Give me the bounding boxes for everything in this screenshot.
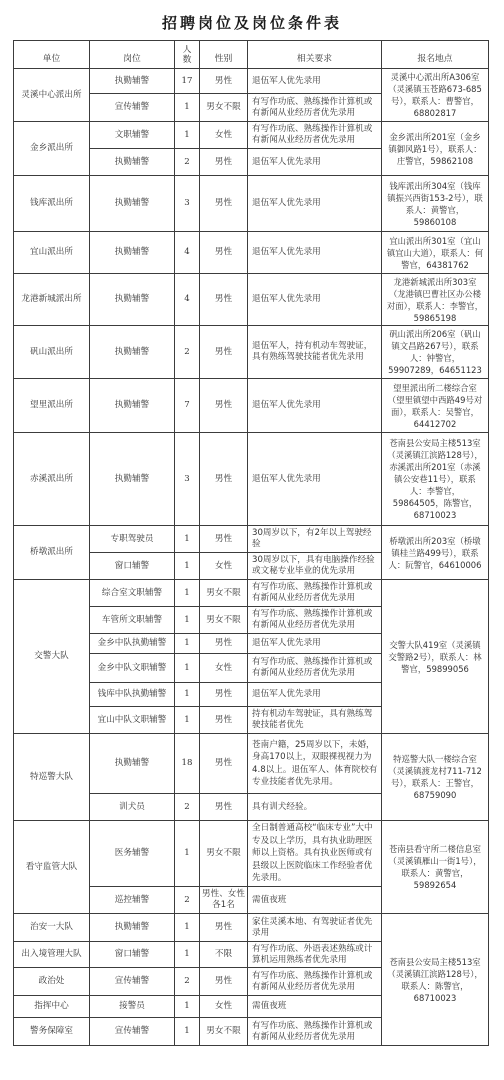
position-cell: 车管所文职辅警: [90, 607, 175, 634]
location-cell: 望里派出所二楼综合室（望里镇望中西路49号对面），联系人：吴警官，6441270…: [382, 379, 489, 433]
gender-cell: 女性: [200, 122, 248, 149]
position-cell: 训犬员: [90, 794, 175, 821]
location-cell: 钱库派出所304室（钱库镇振兴西街153-2号），联系人：黄警官，5986010…: [382, 176, 489, 232]
table-row: 交警大队 综合室文职辅警 1 男女不限 有写作功底、熟练操作计算机或有新闻从业经…: [14, 580, 489, 607]
gender-cell: 女性: [200, 996, 248, 1018]
requirements-cell: 需值夜班: [248, 887, 382, 914]
count-cell: 1: [175, 94, 200, 122]
requirements-cell: 具有训犬经验。: [248, 794, 382, 821]
gender-cell: 不限: [200, 942, 248, 968]
position-cell: 文职辅警: [90, 122, 175, 149]
count-cell: 1: [175, 526, 200, 553]
requirements-cell: 需值夜班: [248, 996, 382, 1018]
gender-cell: 男性: [200, 433, 248, 526]
gender-cell: 男性: [200, 379, 248, 433]
table-row: 桥墩派出所 专职驾驶员 1 男性 30周岁以下，有2年以上驾驶经验 桥墩派出所2…: [14, 526, 489, 553]
requirements-cell: 退伍军人优先录用: [248, 379, 382, 433]
requirements-cell: 30周岁以下，具有电脑操作经验或文秘专业毕业的优先录用: [248, 553, 382, 580]
unit-cell: 金乡派出所: [14, 122, 90, 176]
requirements-cell: 退伍军人优先录用: [248, 274, 382, 326]
location-cell: 灵溪中心派出所A306室（灵溪镇玉苍路673-685号），联系人：曹警官，688…: [382, 69, 489, 122]
count-cell: 1: [175, 122, 200, 149]
gender-cell: 男性: [200, 634, 248, 654]
requirements-cell: 有写作功底、外语表述熟练或计算机运用熟练者优先录用: [248, 942, 382, 968]
position-cell: 执勤辅警: [90, 176, 175, 232]
count-cell: 1: [175, 683, 200, 707]
location-cell: 苍南县公安局主楼513室（灵溪镇江滨路128号），联系人：陈警官，6871002…: [382, 914, 489, 1046]
table-row: 钱库派出所 执勤辅警 3 男性 退伍军人优先录用 钱库派出所304室（钱库镇振兴…: [14, 176, 489, 232]
table-row: 灵溪中心派出所 执勤辅警 17 男性 退伍军人优先录用 灵溪中心派出所A306室…: [14, 69, 489, 94]
unit-cell: 矾山派出所: [14, 326, 90, 379]
gender-cell: 男性: [200, 734, 248, 794]
table-header-row: 单位 岗位 人数 性别 相关要求 报名地点: [14, 41, 489, 69]
header-location: 报名地点: [382, 41, 489, 69]
gender-cell: 男性: [200, 232, 248, 274]
location-cell: 苍南县公安局主楼513室（灵溪镇江滨路128号），赤溪派出所201室（赤溪镇公安…: [382, 433, 489, 526]
requirements-cell: 全日制普通高校“临床专业”大中专及以上学历，具有执业助理医师以上资格。具有执业医…: [248, 821, 382, 887]
requirements-cell: 30周岁以下，有2年以上驾驶经验: [248, 526, 382, 553]
requirements-cell: 家住灵溪本地、有驾驶证者优先录用: [248, 914, 382, 942]
unit-cell: 特巡警大队: [14, 734, 90, 821]
count-cell: 1: [175, 996, 200, 1018]
location-cell: 龙港新城派出所303室（龙港镇巴曹社区办公楼对面），联系人：李警官，598651…: [382, 274, 489, 326]
requirements-cell: 退伍军人优先录用: [248, 149, 382, 176]
table-row: 治安一大队 执勤辅警 1 男性 家住灵溪本地、有驾驶证者优先录用 苍南县公安局主…: [14, 914, 489, 942]
gender-cell: 男性: [200, 274, 248, 326]
table-row: 特巡警大队 执勤辅警 18 男性 苍南户籍，25周岁以下，未婚，身高170以上，…: [14, 734, 489, 794]
position-cell: 执勤辅警: [90, 734, 175, 794]
recruitment-table: 单位 岗位 人数 性别 相关要求 报名地点 灵溪中心派出所 执勤辅警 17 男性…: [13, 40, 489, 1046]
requirements-cell: 持有机动车驾驶证，具有熟练驾驶技能者优先: [248, 707, 382, 734]
gender-cell: 男性: [200, 526, 248, 553]
unit-cell: 桥墩派出所: [14, 526, 90, 580]
count-cell: 1: [175, 654, 200, 683]
position-cell: 金乡中队执勤辅警: [90, 634, 175, 654]
position-cell: 窗口辅警: [90, 942, 175, 968]
requirements-cell: 退伍军人优先录用: [248, 69, 382, 94]
count-cell: 4: [175, 232, 200, 274]
unit-cell: 钱库派出所: [14, 176, 90, 232]
count-cell: 17: [175, 69, 200, 94]
gender-cell: 男性: [200, 683, 248, 707]
position-cell: 钱库中队执勤辅警: [90, 683, 175, 707]
location-cell: 特巡警大队一楼综合室（灵溪镇渡龙村711-712号），联系人：王警官，68759…: [382, 734, 489, 821]
unit-cell: 看守监管大队: [14, 821, 90, 914]
count-cell: 1: [175, 707, 200, 734]
count-cell: 1: [175, 821, 200, 887]
count-cell: 1: [175, 942, 200, 968]
gender-cell: 女性: [200, 654, 248, 683]
position-cell: 执勤辅警: [90, 149, 175, 176]
requirements-cell: 退伍军人，持有机动车驾驶证，具有熟练驾驶技能者优先录用: [248, 326, 382, 379]
count-cell: 1: [175, 580, 200, 607]
unit-cell: 龙港新城派出所: [14, 274, 90, 326]
header-position: 岗位: [90, 41, 175, 69]
position-cell: 宣传辅警: [90, 1018, 175, 1046]
unit-cell: 警务保障室: [14, 1018, 90, 1046]
requirements-cell: 退伍军人优先录用: [248, 683, 382, 707]
requirements-cell: 退伍军人优先录用: [248, 176, 382, 232]
unit-cell: 望里派出所: [14, 379, 90, 433]
unit-cell: 赤溪派出所: [14, 433, 90, 526]
position-cell: 执勤辅警: [90, 326, 175, 379]
gender-cell: 男女不限: [200, 94, 248, 122]
location-cell: 交警大队419室（灵溪镇交警路2号），联系人：林警官，59899056: [382, 580, 489, 734]
unit-cell: 政治处: [14, 968, 90, 996]
table-row: 矾山派出所 执勤辅警 2 男性 退伍军人，持有机动车驾驶证，具有熟练驾驶技能者优…: [14, 326, 489, 379]
table-row: 赤溪派出所 执勤辅警 3 男性 退伍军人优先录用 苍南县公安局主楼513室（灵溪…: [14, 433, 489, 526]
count-cell: 3: [175, 176, 200, 232]
count-cell: 1: [175, 553, 200, 580]
header-count: 人数: [175, 41, 200, 69]
unit-cell: 出入境管理大队: [14, 942, 90, 968]
header-unit: 单位: [14, 41, 90, 69]
header-gender: 性别: [200, 41, 248, 69]
position-cell: 执勤辅警: [90, 274, 175, 326]
location-cell: 桥墩派出所203室（桥墩镇桂兰路499号），联系人：阮警官，64610006: [382, 526, 489, 580]
gender-cell: 男性: [200, 968, 248, 996]
table-row: 金乡派出所 文职辅警 1 女性 有写作功底、熟练操作计算机或有新闻从业经历者优先…: [14, 122, 489, 149]
count-cell: 2: [175, 794, 200, 821]
unit-cell: 宜山派出所: [14, 232, 90, 274]
page-title: 招聘岗位及岗位条件表: [0, 12, 504, 33]
position-cell: 宜山中队文职辅警: [90, 707, 175, 734]
position-cell: 窗口辅警: [90, 553, 175, 580]
position-cell: 宣传辅警: [90, 94, 175, 122]
position-cell: 巡控辅警: [90, 887, 175, 914]
count-cell: 1: [175, 607, 200, 634]
requirements-cell: 有写作功底、熟练操作计算机或有新闻从业经历者优先录用: [248, 1018, 382, 1046]
unit-cell: 交警大队: [14, 580, 90, 734]
count-cell: 1: [175, 634, 200, 654]
location-cell: 矾山派出所206室（矾山镇文昌路267号），联系人：钟警官，59907289，6…: [382, 326, 489, 379]
header-count-label: 人数: [182, 45, 192, 65]
gender-cell: 男女不限: [200, 1018, 248, 1046]
position-cell: 执勤辅警: [90, 69, 175, 94]
position-cell: 医务辅警: [90, 821, 175, 887]
count-cell: 4: [175, 274, 200, 326]
requirements-cell: 退伍军人优先录用: [248, 634, 382, 654]
position-cell: 专职驾驶员: [90, 526, 175, 553]
position-cell: 执勤辅警: [90, 914, 175, 942]
position-cell: 执勤辅警: [90, 232, 175, 274]
gender-cell: 男女不限: [200, 821, 248, 887]
gender-cell: 男性: [200, 149, 248, 176]
gender-cell: 男性: [200, 176, 248, 232]
gender-cell: 男性、女性各1名: [200, 887, 248, 914]
requirements-cell: 苍南户籍，25周岁以下，未婚，身高170以上，双眼裸视视力为4.8以上。退伍军人…: [248, 734, 382, 794]
table-row: 望里派出所 执勤辅警 7 男性 退伍军人优先录用 望里派出所二楼综合室（望里镇望…: [14, 379, 489, 433]
gender-cell: 女性: [200, 553, 248, 580]
count-cell: 3: [175, 433, 200, 526]
gender-cell: 男性: [200, 794, 248, 821]
position-cell: 执勤辅警: [90, 433, 175, 526]
gender-cell: 男性: [200, 914, 248, 942]
location-cell: 苍南县看守所二楼信息室（灵溪镇雁山一街1号），联系人：黄警官，59892654: [382, 821, 489, 914]
position-cell: 金乡中队文职辅警: [90, 654, 175, 683]
position-cell: 接警员: [90, 996, 175, 1018]
table-row: 龙港新城派出所 执勤辅警 4 男性 退伍军人优先录用 龙港新城派出所303室（龙…: [14, 274, 489, 326]
count-cell: 7: [175, 379, 200, 433]
requirements-cell: 有写作功底、熟练操作计算机或有新闻从业经历者优先录用: [248, 122, 382, 149]
unit-cell: 治安一大队: [14, 914, 90, 942]
location-cell: 宜山派出所301室（宜山镇宜山大道），联系人：何警官，64381762: [382, 232, 489, 274]
position-cell: 综合室文职辅警: [90, 580, 175, 607]
count-cell: 2: [175, 326, 200, 379]
count-cell: 2: [175, 149, 200, 176]
position-cell: 宣传辅警: [90, 968, 175, 996]
position-cell: 执勤辅警: [90, 379, 175, 433]
gender-cell: 男性: [200, 707, 248, 734]
gender-cell: 男性: [200, 69, 248, 94]
requirements-cell: 有写作功底、熟练操作计算机或有新闻从业经历者优先录用: [248, 607, 382, 634]
count-cell: 2: [175, 887, 200, 914]
gender-cell: 男女不限: [200, 607, 248, 634]
requirements-cell: 有写作功底、熟练操作计算机或有新闻从业经历者优先录用: [248, 94, 382, 122]
table-row: 看守监管大队 医务辅警 1 男女不限 全日制普通高校“临床专业”大中专及以上学历…: [14, 821, 489, 887]
count-cell: 1: [175, 914, 200, 942]
count-cell: 2: [175, 968, 200, 996]
table-row: 宜山派出所 执勤辅警 4 男性 退伍军人优先录用 宜山派出所301室（宜山镇宜山…: [14, 232, 489, 274]
requirements-cell: 退伍军人优先录用: [248, 232, 382, 274]
requirements-cell: 有写作功底、熟练操作计算机或有新闻从业经历者优先录用: [248, 968, 382, 996]
gender-cell: 男女不限: [200, 580, 248, 607]
count-cell: 18: [175, 734, 200, 794]
header-requirements: 相关要求: [248, 41, 382, 69]
requirements-cell: 有写作功底、熟练操作计算机或有新闻从业经历者优先录用: [248, 580, 382, 607]
gender-cell: 男性: [200, 326, 248, 379]
unit-cell: 灵溪中心派出所: [14, 69, 90, 122]
unit-cell: 指挥中心: [14, 996, 90, 1018]
requirements-cell: 退伍军人优先录用: [248, 433, 382, 526]
requirements-cell: 有写作功底、熟练操作计算机或有新闻从业经历者优先录用: [248, 654, 382, 683]
count-cell: 1: [175, 1018, 200, 1046]
location-cell: 金乡派出所201室（金乡镇御风路1号），联系人：庄警官，59862108: [382, 122, 489, 176]
